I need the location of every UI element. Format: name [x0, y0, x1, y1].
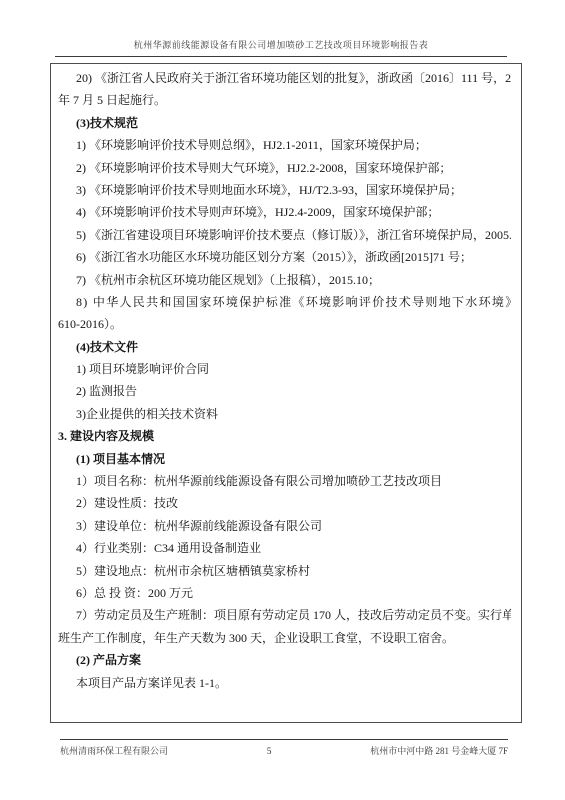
text-line: 1）项目名称：杭州华源前线能源设备有限公司增加喷砂工艺技改项目 — [58, 470, 511, 492]
text-line: 6）总 投 资：200 万元 — [58, 582, 511, 604]
text-line: 5) 《浙江省建设项目环境影响评价技术要点（修订版）》，浙江省环境保护局，200… — [58, 224, 511, 246]
text-line: 1) 《环境影响评价技术导则总纲》，HJ2.1-2011，国家环境保护局； — [58, 134, 511, 156]
section-heading: 3. 建设内容及规模 — [58, 425, 511, 447]
text-line: 2）建设性质：技改 — [58, 492, 511, 514]
section-heading: (4)技术文件 — [58, 336, 511, 358]
text-line: 20) 《浙江省人民政府关于浙江省环境功能区划的批复》，浙政函〔2016〕111… — [58, 67, 511, 89]
text-line: 班生产工作制度，年生产天数为 300 天，企业设职工食堂，不设职工宿舍。 — [58, 627, 511, 649]
page-header: 杭州华源前线能源设备有限公司增加喷砂工艺技改项目环境影响报告表 — [55, 38, 507, 57]
section-heading: (2) 产品方案 — [58, 649, 511, 671]
text-line: 3)企业提供的相关技术资料 — [58, 403, 511, 425]
text-line: 610-2016）。 — [58, 313, 511, 335]
text-line: 1) 项目环境影响评价合同 — [58, 358, 511, 380]
text-line: 本项目产品方案详见表 1-1。 — [58, 672, 511, 694]
text-line: 6) 《浙江省水功能区水环境功能区划分方案（2015）》，浙政函[2015]71… — [58, 246, 511, 268]
text-line: 5）建设地点：杭州市余杭区塘栖镇莫家桥村 — [58, 560, 511, 582]
document-page: 杭州华源前线能源设备有限公司增加喷砂工艺技改项目环境影响报告表 20) 《浙江省… — [0, 0, 565, 800]
content-border-box: 20) 《浙江省人民政府关于浙江省环境功能区划的批复》，浙政函〔2016〕111… — [50, 63, 522, 723]
page-number: 5 — [267, 747, 272, 757]
text-line: 7）劳动定员及生产班制：项目原有劳动定员 170 人，技改后劳动定员不变。实行单… — [58, 604, 511, 626]
text-line: 4) 《环境影响评价技术导则声环境》，HJ2.4-2009，国家环境保护部； — [58, 201, 511, 223]
text-line: 4）行业类别：C34 通用设备制造业 — [58, 537, 511, 559]
text-line: 8) 中华人民共和国国家环境保护标准《环境影响评价技术导则地下水环境》（HJ — [58, 291, 511, 313]
report-header-title: 杭州华源前线能源设备有限公司增加喷砂工艺技改项目环境影响报告表 — [134, 40, 429, 50]
text-line: 3）建设单位：杭州华源前线能源设备有限公司 — [58, 515, 511, 537]
text-line: 2) 监测报告 — [58, 380, 511, 402]
footer-company: 杭州清雨环保工程有限公司 — [60, 744, 168, 757]
text-line: 2) 《环境影响评价技术导则大气环境》，HJ2.2-2008，国家环境保护部； — [58, 157, 511, 179]
content-area: 20) 《浙江省人民政府关于浙江省环境功能区划的批复》，浙政函〔2016〕111… — [51, 64, 521, 694]
footer-address: 杭州市中河中路 281 号金峰大厦 7F — [370, 744, 508, 757]
section-heading: (1) 项目基本情况 — [58, 448, 511, 470]
text-line: 7) 《杭州市余杭区环境功能区规划》（上报稿），2015.10； — [58, 269, 511, 291]
text-line: 3) 《环境影响评价技术导则地面水环境》，HJ/T2.3-93，国家环境保护局； — [58, 179, 511, 201]
section-heading: (3)技术规范 — [58, 112, 511, 134]
page-footer: 杭州清雨环保工程有限公司 5 杭州市中河中路 281 号金峰大厦 7F — [60, 739, 508, 757]
text-line: 年 7 月 5 日起施行。 — [58, 89, 511, 111]
